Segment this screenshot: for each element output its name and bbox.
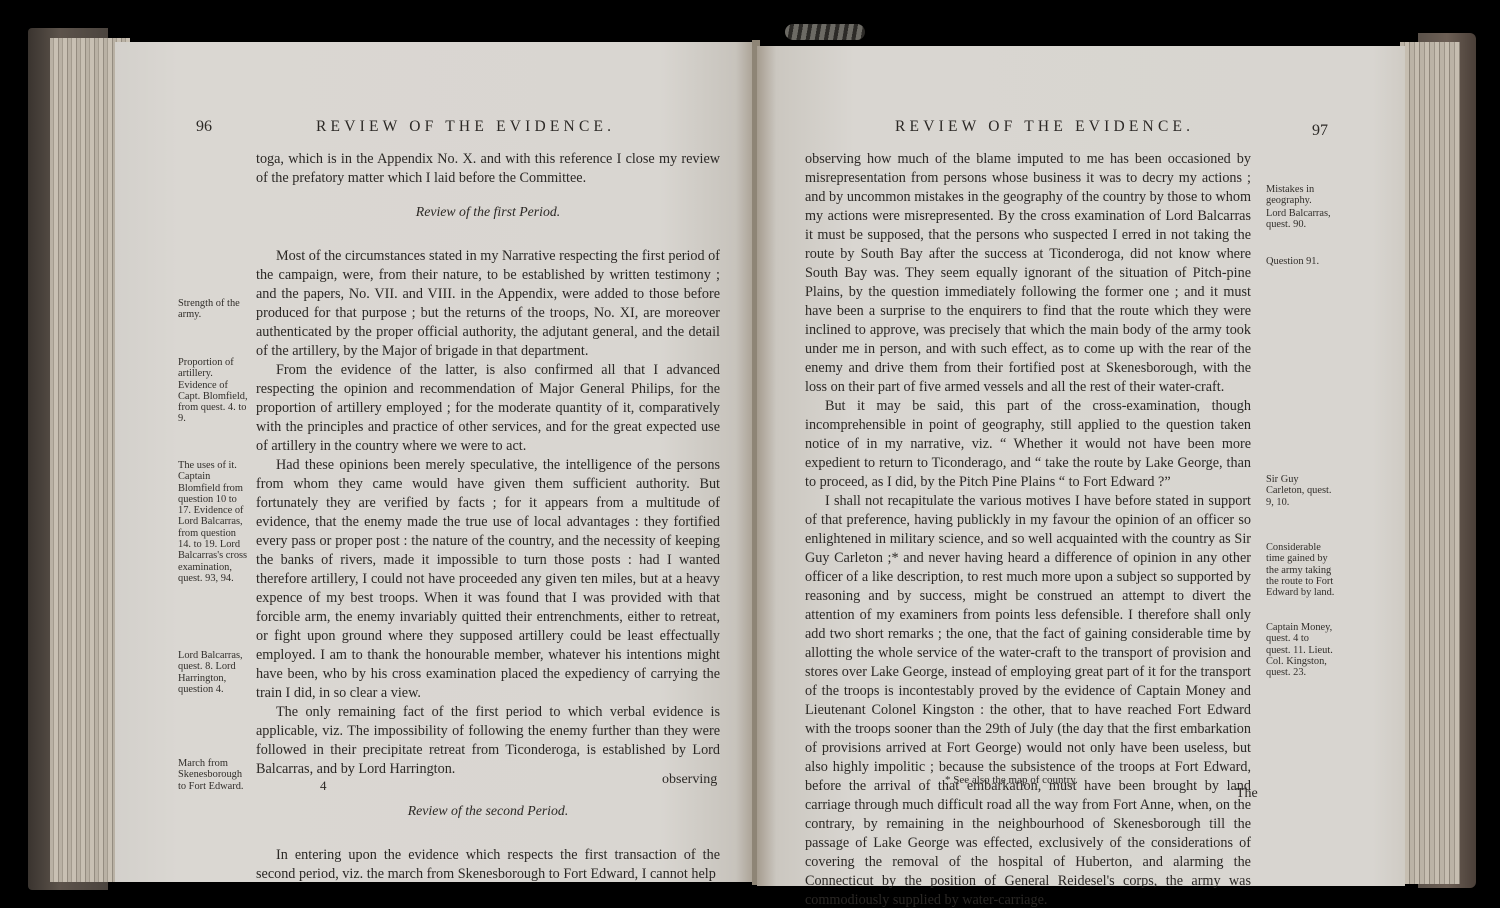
margin-note: Lord Balcarras, quest. 8. Lord Harringto… <box>178 650 248 695</box>
catchword-left: observing <box>662 772 717 788</box>
signature-mark: 4 <box>320 778 327 794</box>
paragraph: From the evidence of the latter, is also… <box>256 361 720 456</box>
margin-note: Lord Balcarras, quest. 90. <box>1266 208 1336 231</box>
paragraph: Had these opinions been merely speculati… <box>256 456 720 703</box>
footnote: * See also the map of country. <box>945 774 1078 786</box>
paragraph: toga, which is in the Appendix No. X. an… <box>256 150 720 188</box>
paragraph: I shall not recapitulate the various mot… <box>805 492 1251 908</box>
page-edges-right <box>1400 42 1460 884</box>
paragraph: Most of the circumstances stated in my N… <box>256 247 720 361</box>
paragraph: observing how much of the blame imputed … <box>805 150 1251 397</box>
catchword-right: The <box>1236 786 1258 802</box>
right-page-text: observing how much of the blame imputed … <box>805 150 1251 908</box>
margin-note: Proportion of artillery. Evidence of Cap… <box>178 357 248 425</box>
margin-note: Strength of the army. <box>178 298 248 321</box>
left-page-text: toga, which is in the Appendix No. X. an… <box>256 150 720 884</box>
section-heading-first-period: Review of the first Period. <box>256 202 720 221</box>
margin-note: Captain Money, quest. 4 to quest. 11. Li… <box>1266 622 1336 678</box>
margin-note: Considerable time gained by the army tak… <box>1266 542 1336 598</box>
margin-note: Sir Guy Carleton, quest. 9, 10. <box>1266 474 1336 508</box>
running-head-right: REVIEW OF THE EVIDENCE. <box>895 118 1194 136</box>
running-head-left: REVIEW OF THE EVIDENCE. <box>316 118 615 136</box>
paragraph: The only remaining fact of the first per… <box>256 703 720 779</box>
page-number-right: 97 <box>1312 122 1328 140</box>
paragraph: In entering upon the evidence which resp… <box>256 846 720 884</box>
section-heading-second-period: Review of the second Period. <box>256 801 720 820</box>
margin-note: March from Skenesborough to Fort Edward. <box>178 758 248 792</box>
paragraph: But it may be said, this part of the cro… <box>805 397 1251 492</box>
margin-note: Mistakes in geography. <box>1266 184 1336 207</box>
margin-note: Question 91. <box>1266 256 1336 267</box>
page-number-left: 96 <box>196 118 212 136</box>
bookmark-ribbon <box>785 24 865 40</box>
margin-note: The uses of it. Captain Blomfield from q… <box>178 460 248 584</box>
